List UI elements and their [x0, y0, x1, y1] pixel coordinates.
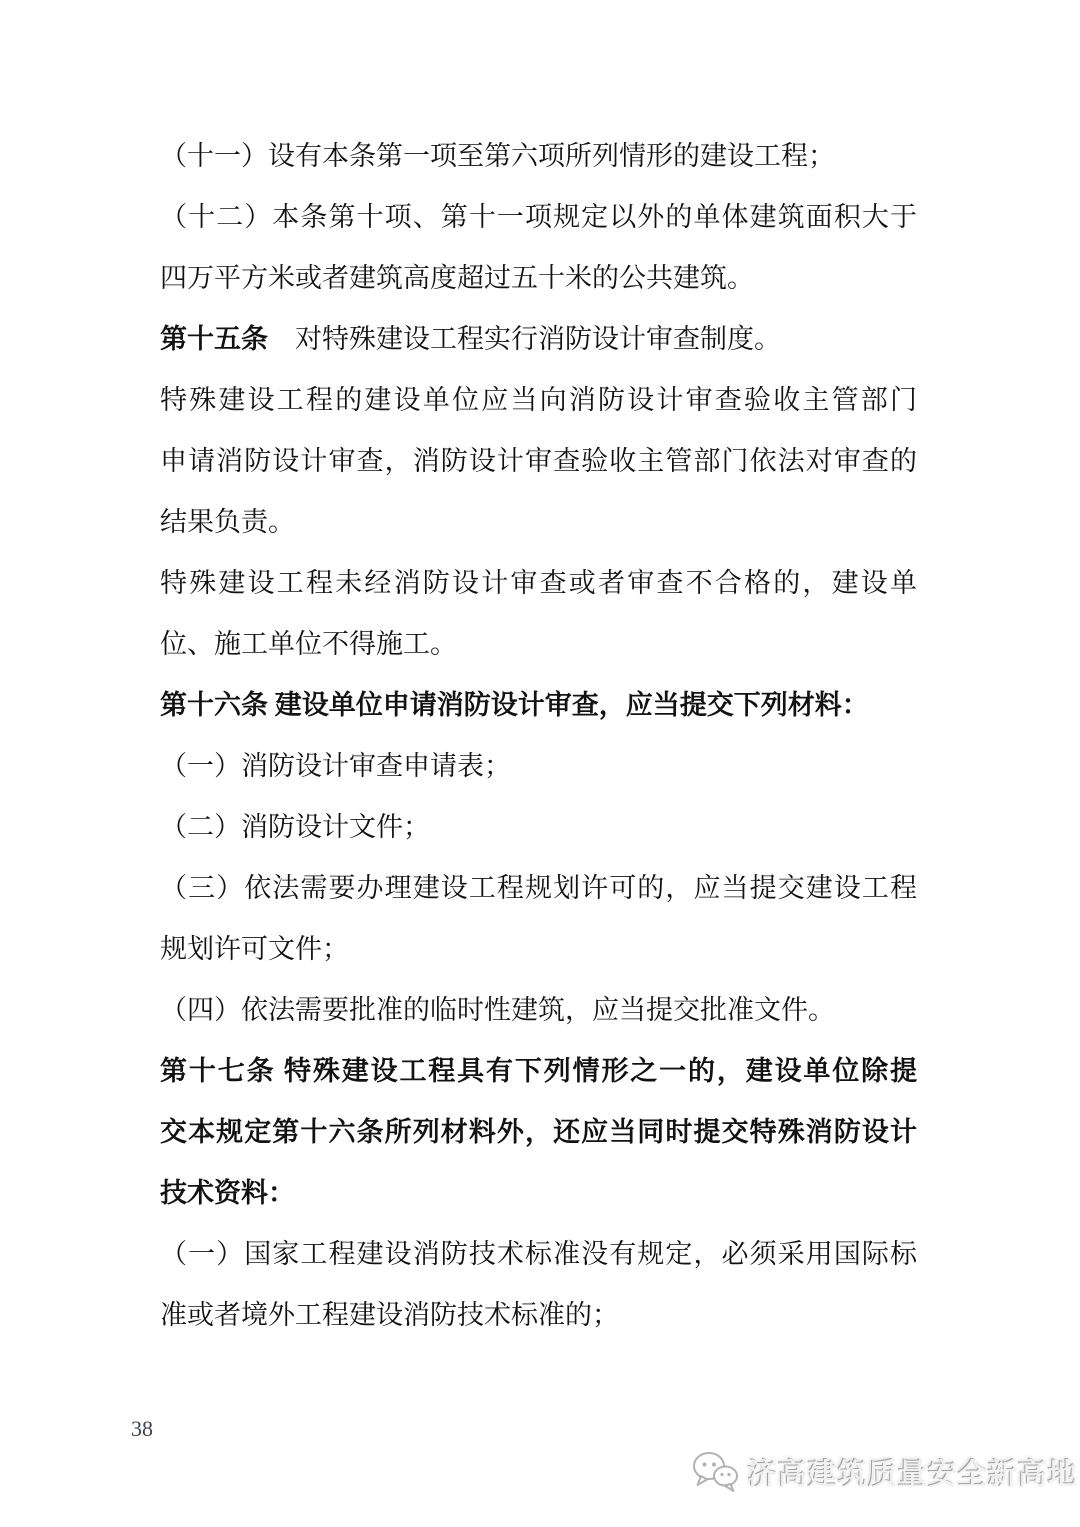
text-line: 第十七条 特殊建设工程具有下列情形之一的，建设单位除提: [160, 1041, 917, 1102]
page-number: 38: [131, 1416, 153, 1442]
bold-text-run: 技术资料：: [160, 1178, 295, 1208]
text-line: 位、施工单位不得施工。: [160, 614, 917, 675]
text-run: 四万平方米或者建筑高度超过五十米的公共建筑。: [160, 263, 754, 293]
bold-text-run: 第十七条 特殊建设工程具有下列情形之一的，建设单位除提: [160, 1056, 917, 1086]
text-line: （一）国家工程建设消防技术标准没有规定，必须采用国际标: [160, 1224, 917, 1285]
text-line: （一）消防设计审查申请表；: [160, 736, 917, 797]
text-run: （十一）设有本条第一项至第六项所列情形的建设工程；: [160, 141, 835, 171]
text-run: 位、施工单位不得施工。: [160, 629, 457, 659]
watermark: 济高建筑质量安全新高地: [692, 1448, 1078, 1496]
text-run: （一）消防设计审查申请表；: [160, 751, 511, 781]
text-line: 特殊建设工程的建设单位应当向消防设计审查验收主管部门: [160, 370, 917, 431]
document-page: （十一）设有本条第一项至第六项所列情形的建设工程；（十二）本条第十项、第十一项规…: [0, 0, 1080, 1527]
text-line: （三）依法需要办理建设工程规划许可的，应当提交建设工程: [160, 858, 917, 919]
text-run: 对特殊建设工程实行消防设计审查制度。: [268, 324, 781, 354]
text-run: 特殊建设工程的建设单位应当向消防设计审查验收主管部门: [160, 385, 917, 415]
text-run: （十二）本条第十项、第十一项规定以外的单体建筑面积大于: [160, 202, 917, 232]
text-line: 准或者境外工程建设消防技术标准的；: [160, 1285, 917, 1346]
text-run: 特殊建设工程未经消防设计审查或者审查不合格的，建设单: [160, 568, 917, 598]
text-line: 申请消防设计审查，消防设计审查验收主管部门依法对审查的: [160, 431, 917, 492]
text-run: （三）依法需要办理建设工程规划许可的，应当提交建设工程: [160, 873, 917, 903]
bold-text-run: 第十六条 建设单位申请消防设计审查，应当提交下列材料：: [160, 690, 869, 720]
text-run: 结果负责。: [160, 507, 295, 537]
text-run: 准或者境外工程建设消防技术标准的；: [160, 1300, 619, 1330]
text-run: （四）依法需要批准的临时性建筑，应当提交批准文件。: [160, 995, 835, 1025]
text-line: 技术资料：: [160, 1163, 917, 1224]
text-line: 第十五条 对特殊建设工程实行消防设计审查制度。: [160, 309, 917, 370]
text-run: （一）国家工程建设消防技术标准没有规定，必须采用国际标: [160, 1239, 917, 1269]
text-run: 申请消防设计审查，消防设计审查验收主管部门依法对审查的: [160, 446, 917, 476]
text-line: （四）依法需要批准的临时性建筑，应当提交批准文件。: [160, 980, 917, 1041]
text-line: 四万平方米或者建筑高度超过五十米的公共建筑。: [160, 248, 917, 309]
text-line: （十二）本条第十项、第十一项规定以外的单体建筑面积大于: [160, 187, 917, 248]
text-run: （二）消防设计文件；: [160, 812, 430, 842]
text-line: （十一）设有本条第一项至第六项所列情形的建设工程；: [160, 126, 917, 187]
bold-text-run: 交本规定第十六条所列材料外，还应当同时提交特殊消防设计: [160, 1117, 917, 1147]
text-line: 交本规定第十六条所列材料外，还应当同时提交特殊消防设计: [160, 1102, 917, 1163]
text-line: 规划许可文件；: [160, 919, 917, 980]
text-line: 第十六条 建设单位申请消防设计审查，应当提交下列材料：: [160, 675, 917, 736]
text-line: 特殊建设工程未经消防设计审查或者审查不合格的，建设单: [160, 553, 917, 614]
bold-text-run: 第十五条: [160, 324, 268, 354]
text-line: （二）消防设计文件；: [160, 797, 917, 858]
text-line: 结果负责。: [160, 492, 917, 553]
watermark-text: 济高建筑质量安全新高地: [748, 1452, 1078, 1493]
document-body: （十一）设有本条第一项至第六项所列情形的建设工程；（十二）本条第十项、第十一项规…: [160, 126, 917, 1346]
wechat-icon: [692, 1448, 738, 1496]
text-run: 规划许可文件；: [160, 934, 349, 964]
